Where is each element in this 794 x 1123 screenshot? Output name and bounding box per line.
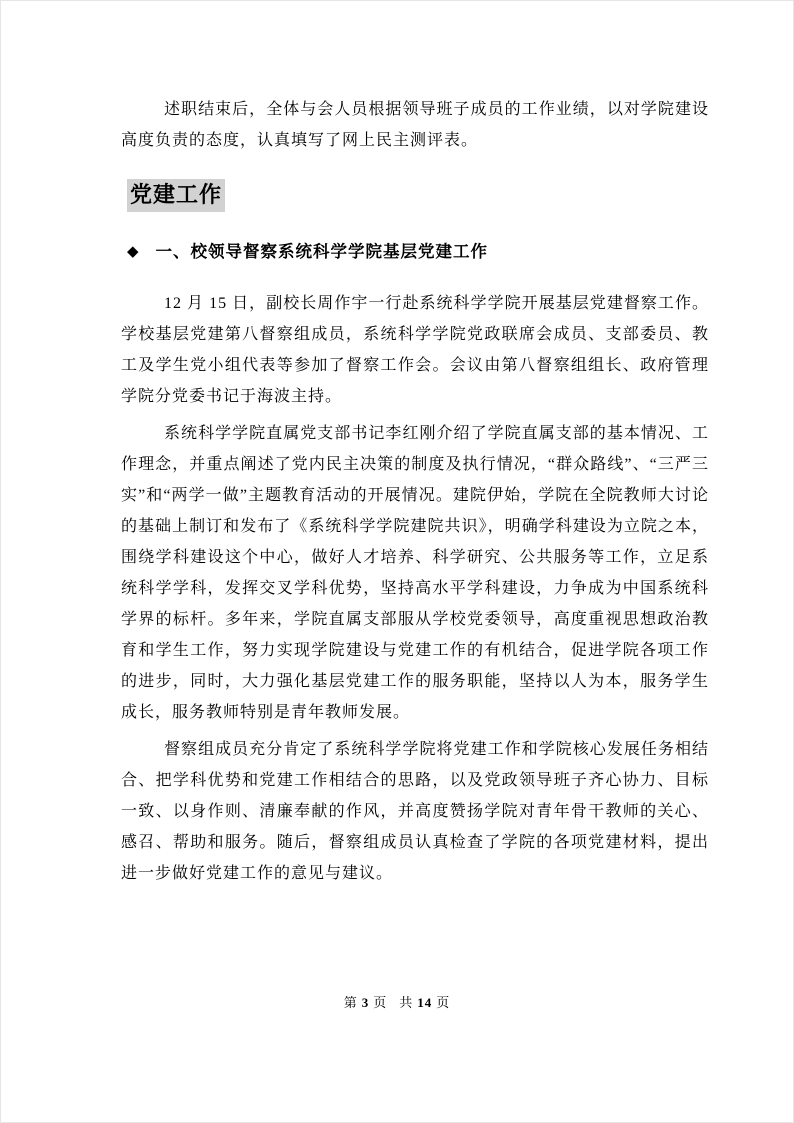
- diamond-bullet-icon: ◆: [127, 240, 140, 264]
- section-heading-highlight: 党建工作: [127, 179, 225, 212]
- page-footer: 第3页共14页: [1, 992, 793, 1011]
- subsection-title: 一、校领导督察系统科学学院基层党建工作: [156, 243, 489, 261]
- intro-paragraph: 述职结束后，全体与会人员根据领导班子成员的工作业绩，以对学院建设高度负责的态度，…: [121, 94, 709, 156]
- footer-page-label: 页: [373, 995, 387, 1010]
- subsection-heading: ◆一、校领导督察系统科学学院基层党建工作: [127, 240, 709, 264]
- footer-total-prefix: 共: [399, 995, 413, 1010]
- document-content: 述职结束后，全体与会人员根据领导班子成员的工作业绩，以对学院建设高度负责的态度，…: [121, 94, 709, 889]
- document-page: 述职结束后，全体与会人员根据领导班子成员的工作业绩，以对学院建设高度负责的态度，…: [0, 0, 794, 1123]
- body-paragraph-2: 系统科学学院直属党支部书记李红刚介绍了学院直属支部的基本情况、工作理念，并重点阐…: [121, 418, 709, 728]
- footer-page-number: 3: [358, 995, 374, 1010]
- footer-total-pages: 14: [413, 995, 436, 1010]
- footer-page-prefix: 第: [344, 995, 358, 1010]
- body-paragraph-3: 督察组成员充分肯定了系统科学学院将党建工作和学院核心发展任务相结合、把学科优势和…: [121, 734, 709, 889]
- footer-total-label: 页: [436, 995, 450, 1010]
- section-heading: 党建工作: [127, 179, 709, 213]
- body-paragraph-1: 12 月 15 日，副校长周作宇一行赴系统科学学院开展基层党建督察工作。学校基层…: [121, 288, 709, 412]
